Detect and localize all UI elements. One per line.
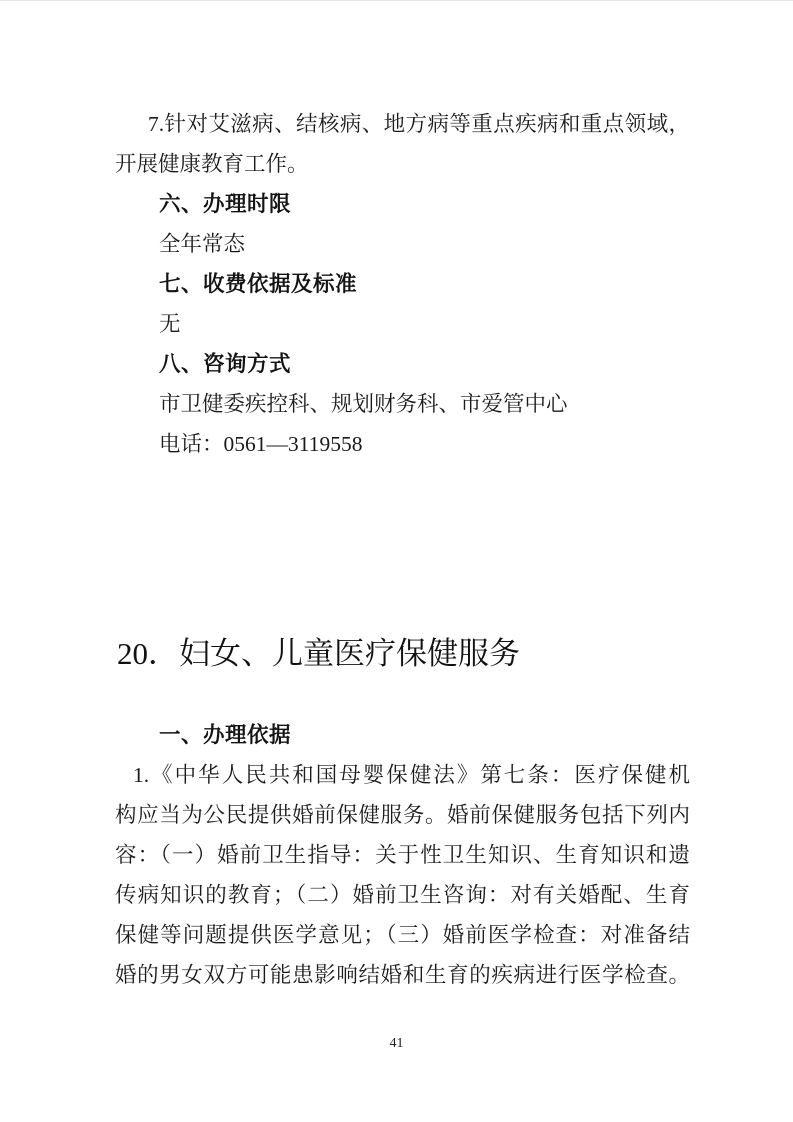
section-heading-handling-basis: 一、办理依据 <box>115 715 690 755</box>
paragraph-line: 开展健康教育工作。 <box>115 144 690 184</box>
paragraph-legal-basis: 1.《中华人民共和国母婴保健法》第七条：医疗保健机 构应当为公民提供婚前保健服务… <box>115 755 690 995</box>
document-page: 7.针对艾滋病、结核病、地方病等重点疾病和重点领域， 开展健康教育工作。 六、办… <box>0 0 793 1122</box>
paragraph-line: 构应当为公民提供婚前保健服务。婚前保健服务包括下列内 <box>115 795 690 835</box>
paragraph-line: 婚的男女双方可能患影响结婚和生育的疾病进行医学检查。 <box>115 955 690 995</box>
page-content: 7.针对艾滋病、结核病、地方病等重点疾病和重点领域， 开展健康教育工作。 六、办… <box>115 104 690 995</box>
paragraph-line: 容：（一）婚前卫生指导：关于性卫生知识、生育知识和遗 <box>115 835 690 875</box>
section-body-line: 无 <box>115 304 690 344</box>
section-heading-consultation-method: 八、咨询方式 <box>115 344 690 384</box>
section-heading-fee-basis: 七、收费依据及标准 <box>115 264 690 304</box>
page-number: 41 <box>0 1034 793 1054</box>
consultation-departments-line: 市卫健委疾控科、规划财务科、市爱管中心 <box>115 384 690 424</box>
paragraph-health-education: 7.针对艾滋病、结核病、地方病等重点疾病和重点领域， 开展健康教育工作。 <box>115 104 690 184</box>
chapter-title: 20．妇女、儿童医疗保健服务 <box>117 632 690 676</box>
paragraph-line: 1.《中华人民共和国母婴保健法》第七条：医疗保健机 <box>115 755 690 795</box>
paragraph-line: 传病知识的教育；（二）婚前卫生咨询：对有关婚配、生育 <box>115 875 690 915</box>
paragraph-line: 保健等问题提供医学意见；（三）婚前医学检查：对准备结 <box>115 915 690 955</box>
paragraph-line: 7.针对艾滋病、结核病、地方病等重点疾病和重点领域， <box>115 104 690 144</box>
consultation-phone-line: 电话：0561—3119558 <box>115 424 690 464</box>
section-heading-handling-time-limit: 六、办理时限 <box>115 184 690 224</box>
section-body-line: 全年常态 <box>115 224 690 264</box>
